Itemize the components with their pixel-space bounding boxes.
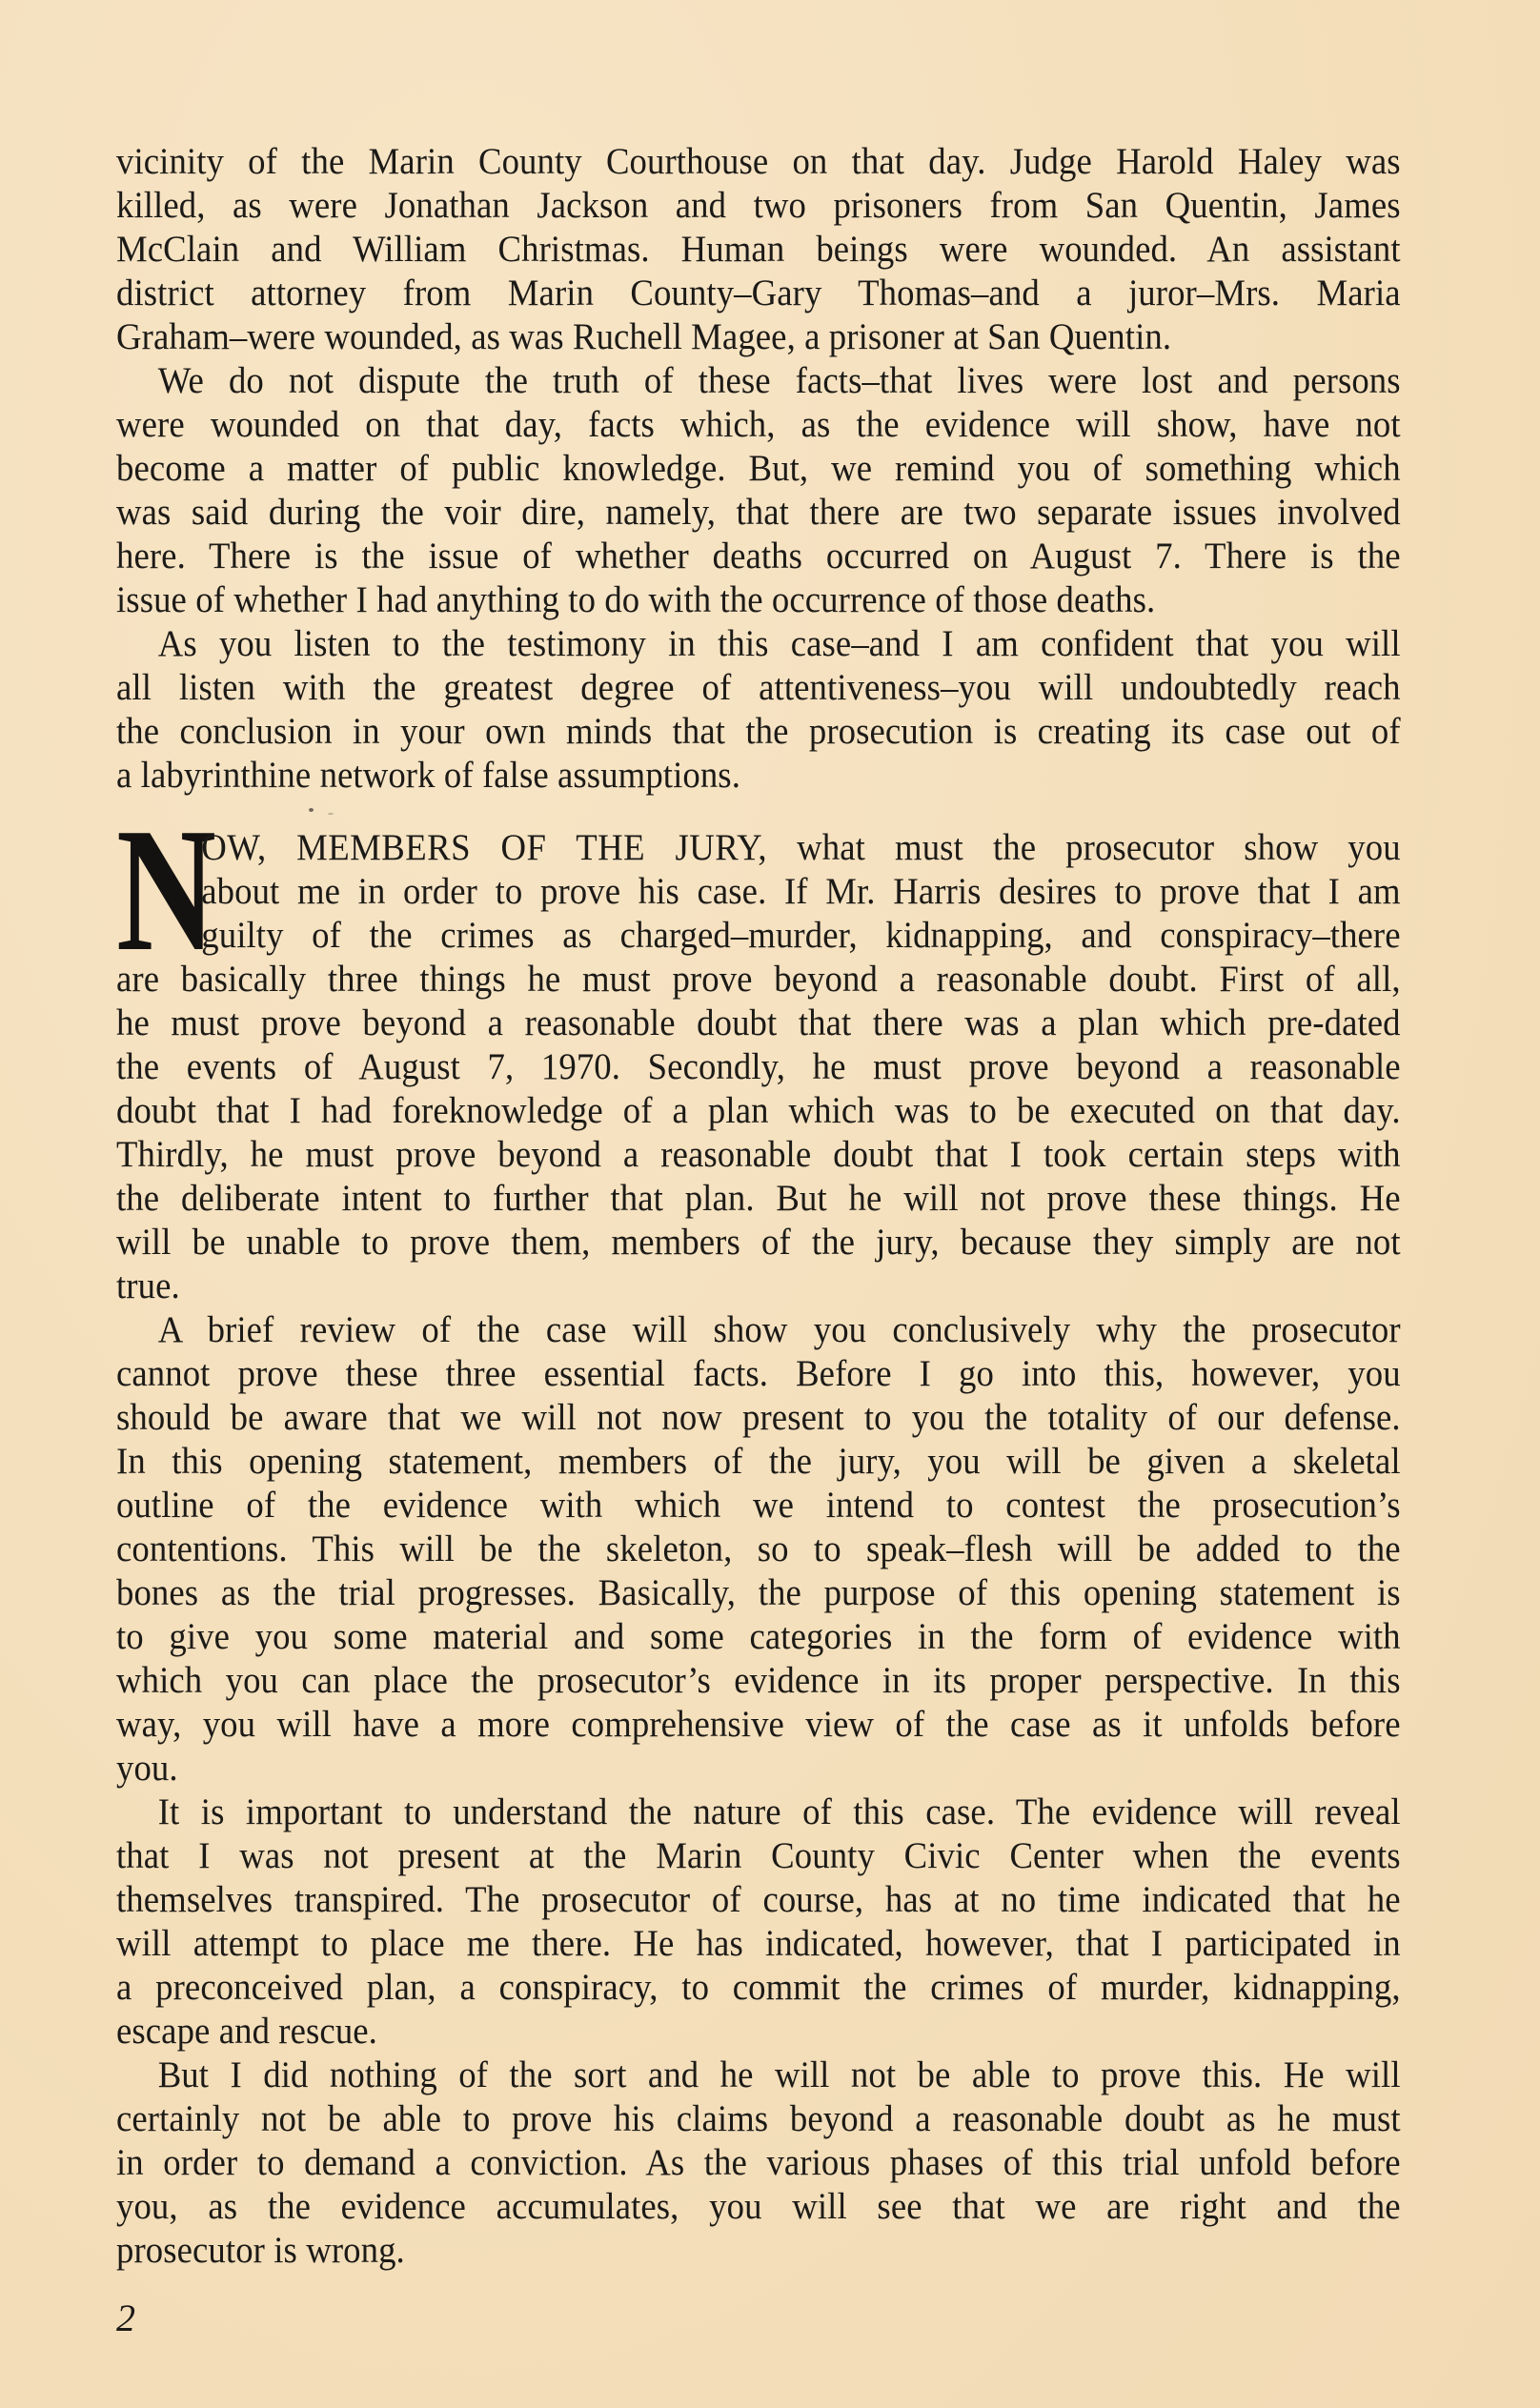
paragraph: But I did nothing of the sort and he wil… [116, 2053, 1401, 2272]
text-line: issue of whether I had anything to do wi… [116, 577, 1401, 621]
section-continuation: vicinity of the Marin County Courthouse … [116, 139, 1401, 797]
page-number: 2 [116, 2297, 135, 2340]
section-now-members-of-the-jury: N OW, MEMBERS OF THE JURY, what must the… [116, 825, 1401, 2272]
text-line: Graham–were wounded, as was Ruchell Mage… [116, 314, 1401, 358]
paragraph: A brief review of the case will show you… [116, 1307, 1401, 1790]
text-line: cannot prove these three essential facts… [116, 1351, 1401, 1395]
text-line: guilty of the crimes as charged–murder, … [116, 913, 1401, 957]
text-line: which you can place the prosecutor’s evi… [116, 1658, 1401, 1702]
text-line: A brief review of the case will show you… [116, 1307, 1401, 1351]
paragraph: are basically three things he must prove… [116, 957, 1401, 1307]
text-line: McClain and William Christmas. Human bei… [116, 227, 1401, 271]
text-line: he must prove beyond a reasonable doubt … [116, 1001, 1401, 1044]
text-line: a preconceived plan, a conspiracy, to co… [116, 1965, 1401, 2009]
text-line: the deliberate intent to further that pl… [116, 1176, 1401, 1220]
text-line: all listen with the greatest degree of a… [116, 665, 1401, 709]
text-line: should be aware that we will not now pre… [116, 1395, 1401, 1439]
lead-in-caps: OW, MEMBERS OF THE JURY, [201, 826, 767, 868]
text-line: will attempt to place me there. He has i… [116, 1921, 1401, 1965]
text-line: killed, as were Jonathan Jackson and two… [116, 183, 1401, 227]
text-line: But I did nothing of the sort and he wil… [116, 2053, 1401, 2096]
text-line: that I was not present at the Marin Coun… [116, 1833, 1401, 1877]
paper-speck [309, 808, 314, 812]
text-line: true. [116, 1264, 1401, 1307]
text-line: Thirdly, he must prove beyond a reasonab… [116, 1132, 1401, 1176]
text-line: to give you some material and some categ… [116, 1614, 1401, 1658]
text-line: were wounded on that day, facts which, a… [116, 402, 1401, 446]
text-line: district attorney from Marin County–Gary… [116, 271, 1401, 314]
text-line: are basically three things he must prove… [116, 957, 1401, 1001]
section-body: are basically three things he must prove… [116, 957, 1401, 2272]
text-line: you. [116, 1746, 1401, 1790]
paragraph: It is important to understand the nature… [116, 1790, 1401, 2053]
text-line: you, as the evidence accumulates, you wi… [116, 2184, 1401, 2228]
text-line: here. There is the issue of whether deat… [116, 534, 1401, 577]
text-line: themselves transpired. The prosecutor of… [116, 1877, 1401, 1921]
text-line: in order to demand a conviction. As the … [116, 2140, 1401, 2184]
text-line: As you listen to the testimony in this c… [116, 621, 1401, 665]
text-line: bones as the trial progresses. Basically… [116, 1570, 1401, 1614]
text-line: the events of August 7, 1970. Secondly, … [116, 1044, 1401, 1088]
text-line: the conclusion in your own minds that th… [116, 709, 1401, 753]
text-line: a labyrinthine network of false assumpti… [116, 753, 1401, 797]
paragraph: As you listen to the testimony in this c… [116, 621, 1401, 797]
text-line: doubt that I had foreknowledge of a plan… [116, 1088, 1401, 1132]
text-line: We do not dispute the truth of these fac… [116, 358, 1401, 402]
text-line: way, you will have a more comprehensive … [116, 1702, 1401, 1746]
text-line: escape and rescue. [116, 2009, 1401, 2053]
text-line: It is important to understand the nature… [116, 1790, 1401, 1833]
paragraph: vicinity of the Marin County Courthouse … [116, 139, 1401, 358]
drop-cap-lines: OW, MEMBERS OF THE JURY, what must the p… [116, 825, 1401, 957]
paper-speck [328, 813, 334, 815]
text-line: was said during the voir dire, namely, t… [116, 490, 1401, 534]
text-line: OW, MEMBERS OF THE JURY, what must the p… [116, 825, 1401, 869]
text-line: will be unable to prove them, members of… [116, 1220, 1401, 1264]
text-line: become a matter of public knowledge. But… [116, 446, 1401, 490]
text-line: certainly not be able to prove his claim… [116, 2096, 1401, 2140]
document-page: vicinity of the Marin County Courthouse … [0, 0, 1540, 2408]
paragraph: We do not dispute the truth of these fac… [116, 358, 1401, 621]
text-line: contentions. This will be the skeleton, … [116, 1527, 1401, 1570]
text-line: vicinity of the Marin County Courthouse … [116, 139, 1401, 183]
text-line: In this opening statement, members of th… [116, 1439, 1401, 1483]
text-line: prosecutor is wrong. [116, 2228, 1401, 2272]
text-line: about me in order to prove his case. If … [116, 869, 1401, 913]
text-line: outline of the evidence with which we in… [116, 1483, 1401, 1527]
